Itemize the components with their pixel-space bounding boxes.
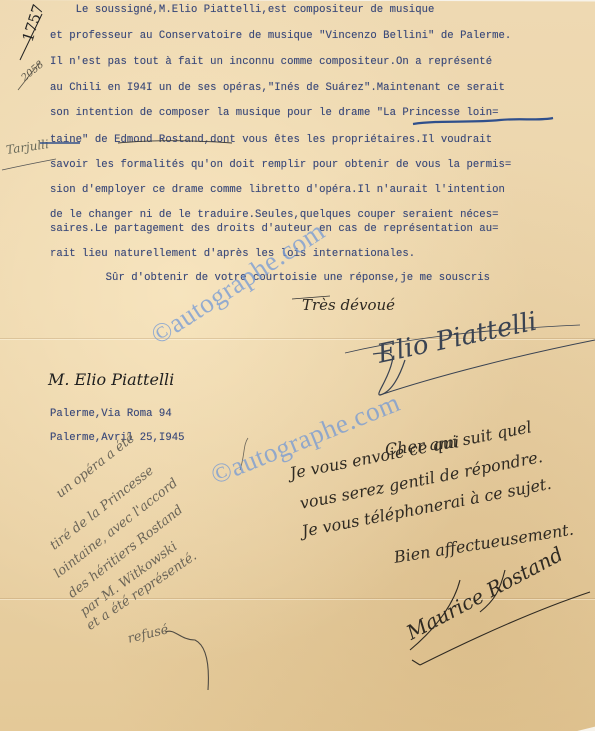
sender-address: Palerme,Via Roma 94 (50, 408, 172, 420)
closing-text: Très dévoué (302, 296, 395, 314)
letter-line: de le changer ni de le traduire.Seules,q… (50, 209, 499, 221)
letter-line: Le soussigné,M.Elio Piattelli,est compos… (50, 4, 434, 16)
letter-line: et professeur au Conservatoire de musiqu… (50, 30, 511, 42)
letter-line: Sûr d'obtenir de votre courtoisie une ré… (80, 272, 490, 284)
letter-line: Il n'est pas tout à fait un inconnu comm… (50, 56, 492, 68)
letter-line: saires.Le partagement des droits d'auteu… (50, 223, 499, 235)
letter-line: taine" de Edmond Rostand,dont vous êtes … (50, 134, 492, 146)
letter-line: rait lieu naturellement d'après les lois… (50, 248, 415, 260)
letter-line: au Chili en I94I un de ses opéras,"Inés … (50, 82, 505, 94)
letter-line: sion d'employer ce drame comme libretto … (50, 184, 505, 196)
letter-line: son intention de composer la musique pou… (50, 107, 499, 119)
letter-line: savoir les formalités qu'on doit remplir… (50, 159, 511, 171)
sender-name: M. Elio Piattelli (48, 370, 174, 389)
